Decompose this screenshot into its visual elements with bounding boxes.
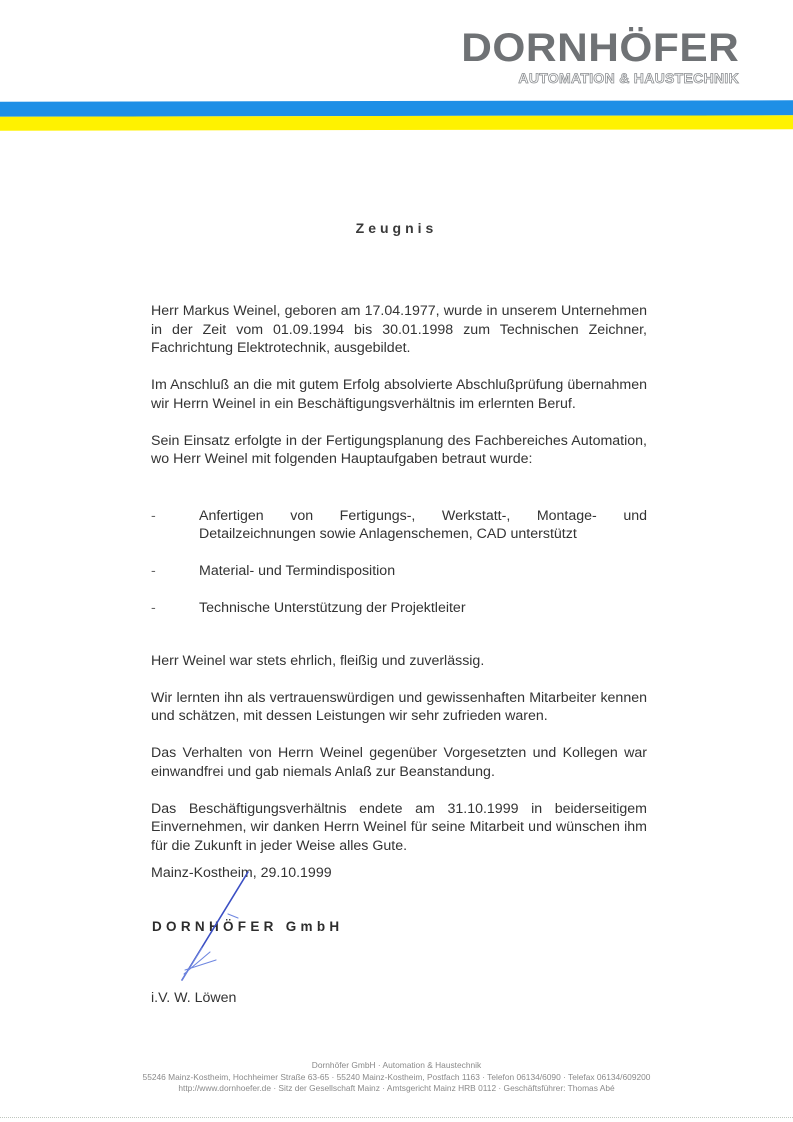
document-body: Herr Markus Weinel, geboren am 17.04.197… <box>151 302 647 874</box>
list-item: - Technische Unterstützung der Projektle… <box>151 599 647 618</box>
scan-edge-divider <box>0 1117 793 1119</box>
paragraph-closing-3: Das Verhalten von Herrn Weinel gegenüber… <box>151 744 647 781</box>
list-item: - Material- und Termindisposition <box>151 562 647 581</box>
task-text: Material- und Termindisposition <box>199 562 647 581</box>
letterhead-footer: Dornhöfer GmbH · Automation & Haustechni… <box>0 1060 793 1095</box>
footer-line-company: Dornhöfer GmbH · Automation & Haustechni… <box>0 1060 793 1072</box>
paragraph-closing-1: Herr Weinel war stets ehrlich, fleißig u… <box>151 652 647 671</box>
logo-company-name: DORNHÖFER <box>461 28 739 68</box>
paragraph-closing-4: Das Beschäftigungsverhältnis endete am 3… <box>151 800 647 856</box>
document-title: Zeugnis <box>0 220 793 236</box>
task-list: - Anfertigen von Fertigungs-, Werkstatt-… <box>151 507 647 618</box>
paragraph-intro-1: Herr Markus Weinel, geboren am 17.04.197… <box>151 302 647 358</box>
bullet-dash: - <box>151 562 156 581</box>
handwritten-signature-icon <box>170 870 260 985</box>
paragraph-intro-2: Im Anschluß an die mit gutem Erfolg abso… <box>151 376 647 413</box>
bullet-dash: - <box>151 507 156 526</box>
bullet-dash: - <box>151 599 156 618</box>
signer-name: i.V. W. Löwen <box>151 990 236 1006</box>
blue-stripe <box>0 100 793 116</box>
footer-line-legal: http://www.dornhoefer.de · Sitz der Gese… <box>0 1083 793 1095</box>
list-item: - Anfertigen von Fertigungs-, Werkstatt-… <box>151 507 647 544</box>
task-text: Anfertigen von Fertigungs-, Werkstatt-, … <box>199 507 647 544</box>
task-text: Technische Unterstützung der Projektleit… <box>199 599 647 618</box>
footer-line-address: 55246 Mainz-Kostheim, Hochheimer Straße … <box>0 1072 793 1084</box>
yellow-stripe <box>0 115 793 130</box>
company-logo: DORNHÖFER AUTOMATION & HAUSTECHNIK <box>477 28 739 86</box>
logo-tagline: AUTOMATION & HAUSTECHNIK <box>477 70 739 86</box>
paragraph-intro-3: Sein Einsatz erfolgte in der Fertigungsp… <box>151 432 647 469</box>
letterhead-stripes <box>0 100 793 131</box>
paragraph-closing-2: Wir lernten ihn als vertrauenswürdigen u… <box>151 689 647 726</box>
